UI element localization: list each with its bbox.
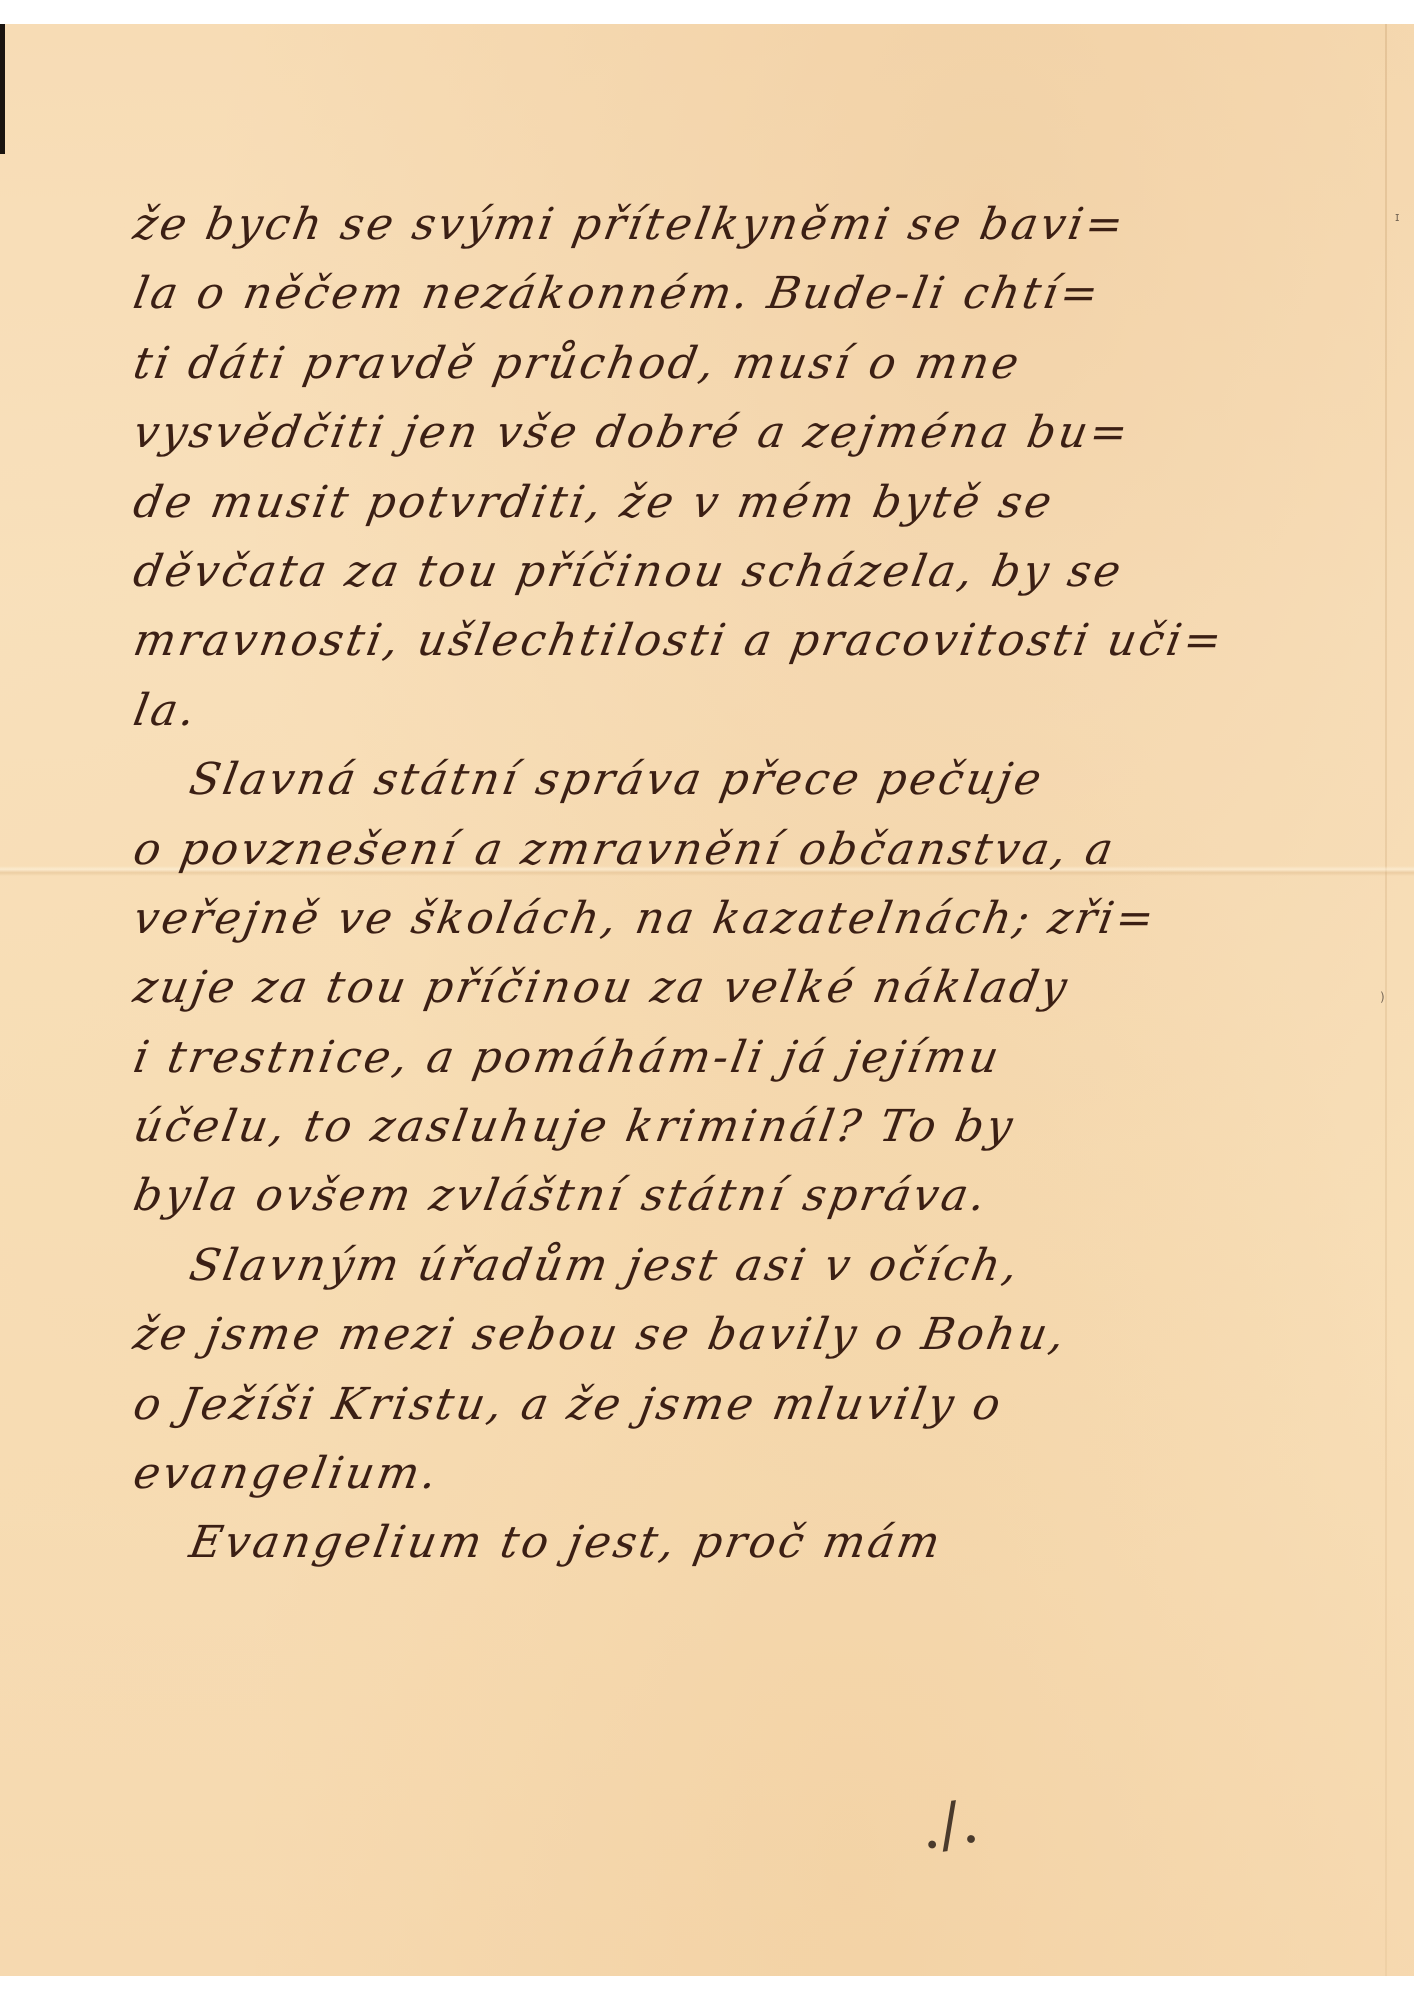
text-line: byla ovšem zvláštní státní správa. xyxy=(128,1161,1200,1230)
text-line: la o něčem nezákonném. Bude-li chtí= xyxy=(128,259,1200,328)
paragraph-start-line: Slavná státní správa přece pečuje xyxy=(128,745,1200,814)
paragraph-start-line: Slavným úřadům jest asi v očích, xyxy=(128,1231,1200,1300)
text-line: de musit potvrditi, že v mém bytě se xyxy=(128,468,1200,537)
binding-edge xyxy=(0,24,5,154)
text-line: o povznešení a zmravnění občanstva, a xyxy=(128,815,1200,884)
continuation-mark: ./. xyxy=(915,1786,983,1863)
handwritten-text-block: že bych se svými přítelkyněmi se bavi= l… xyxy=(128,190,1188,1578)
edge-stain-mark: ɪ xyxy=(1395,210,1399,224)
text-line: o Ježíši Kristu, a že jsme mluvily o xyxy=(128,1370,1200,1439)
paper-fold-vertical xyxy=(1385,24,1387,1976)
text-line: zuje za tou příčinou za velké náklady xyxy=(128,953,1200,1022)
text-line: la. xyxy=(128,676,1200,745)
text-line: evangelium. xyxy=(128,1439,1200,1508)
text-line: ti dáti pravdě průchod, musí o mne xyxy=(128,329,1200,398)
text-line: účelu, to zasluhuje kriminál? To by xyxy=(128,1092,1200,1161)
text-line: že bych se svými přítelkyněmi se bavi= xyxy=(128,190,1200,259)
text-line: děvčata za tou příčinou scházela, by se xyxy=(128,537,1200,606)
paragraph-start-line: Evangelium to jest, proč mám xyxy=(128,1508,1200,1577)
text-line: mravnosti, ušlechtilosti a pracovitosti … xyxy=(128,606,1200,675)
text-line: vysvědčiti jen vše dobré a zejména bu= xyxy=(128,398,1200,467)
edge-stain-mark: ) xyxy=(1380,990,1385,1004)
text-line: že jsme mezi sebou se bavily o Bohu, xyxy=(128,1300,1200,1369)
text-line: i trestnice, a pomáhám-li já jejímu xyxy=(128,1023,1200,1092)
text-line: veřejně ve školách, na kazatelnách; zři= xyxy=(128,884,1200,953)
